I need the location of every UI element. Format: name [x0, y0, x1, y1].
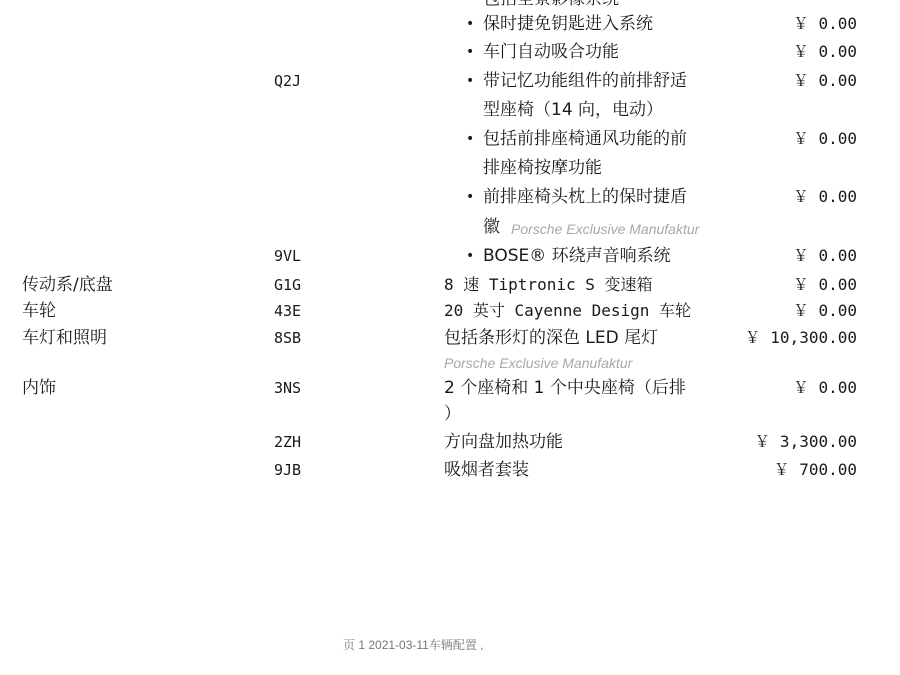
option-price: ￥ 0.00 [793, 275, 857, 295]
option-text: 方向盘加热功能 [444, 432, 563, 452]
option-text: 20 英寸 Cayenne Design 车轮 [444, 301, 691, 321]
option-price: ￥ 0.00 [793, 129, 857, 149]
option-price: ￥ 0.00 [793, 187, 857, 207]
option-text: 保时捷免钥匙进入系统 [483, 14, 653, 34]
option-price: ￥ 0.00 [793, 14, 857, 34]
option-price: ￥ 0.00 [793, 301, 857, 321]
option-code: Q2J [274, 71, 301, 91]
option-text: 车门自动吸合功能 [483, 42, 619, 62]
option-code: 9JB [274, 460, 301, 480]
category-label: 传动系/底盘 [22, 275, 113, 295]
page-footer: 页 1 2021-03-11车辆配置 , [343, 635, 484, 655]
category-label: 车灯和照明 [22, 328, 107, 348]
exclusive-manufaktur-note: Porsche Exclusive Manufaktur [511, 219, 699, 239]
option-text-continued: ） [444, 404, 461, 424]
option-text: BOSE® 环绕声音响系统 [483, 246, 671, 266]
category-label: 内饰 [22, 378, 56, 398]
option-text-continued: 排座椅按摩功能 [483, 158, 602, 178]
exclusive-manufaktur-note: Porsche Exclusive Manufaktur [444, 353, 632, 373]
option-text: 包括前排座椅通风功能的前 [483, 129, 687, 149]
option-price: ￥ 10,300.00 [745, 328, 857, 348]
bullet: • [466, 187, 474, 207]
configuration-page: • 包括全景影像系统 • 保时捷免钥匙进入系统 ￥ 0.00 • 车门自动吸合功… [0, 0, 900, 675]
option-text: 2 个座椅和 1 个中央座椅（后排 [444, 378, 686, 398]
bullet: • [466, 246, 474, 266]
option-code: G1G [274, 275, 301, 295]
bullet: • [466, 129, 474, 149]
option-code: 3NS [274, 378, 301, 398]
option-price: ￥ 0.00 [793, 42, 857, 62]
bullet: • [466, 0, 474, 9]
option-code: 9VL [274, 246, 301, 266]
option-text: 包括全景影像系统 [483, 0, 619, 9]
option-code: 2ZH [274, 432, 301, 452]
option-text: 前排座椅头枕上的保时捷盾 [483, 187, 687, 207]
category-label: 车轮 [22, 301, 56, 321]
option-text: 8 速 Tiptronic S 变速箱 [444, 275, 653, 295]
option-text-continued: 徽 [483, 217, 500, 237]
option-text: 包括条形灯的深色 LED 尾灯 [444, 328, 658, 348]
option-text: 吸烟者套装 [444, 460, 529, 480]
option-text: 带记忆功能组件的前排舒适 [483, 71, 687, 91]
option-price: ￥ 0.00 [793, 246, 857, 266]
bullet: • [466, 71, 474, 91]
option-price: ￥ 0.00 [793, 378, 857, 398]
option-code: 8SB [274, 328, 301, 348]
option-price: ￥ 700.00 [774, 460, 857, 480]
option-price: ￥ 3,300.00 [754, 432, 857, 452]
bullet: • [466, 14, 474, 34]
option-text-continued: 型座椅（14 向，电动） [483, 100, 663, 120]
option-code: 43E [274, 301, 301, 321]
bullet: • [466, 42, 474, 62]
option-price: ￥ 0.00 [793, 71, 857, 91]
